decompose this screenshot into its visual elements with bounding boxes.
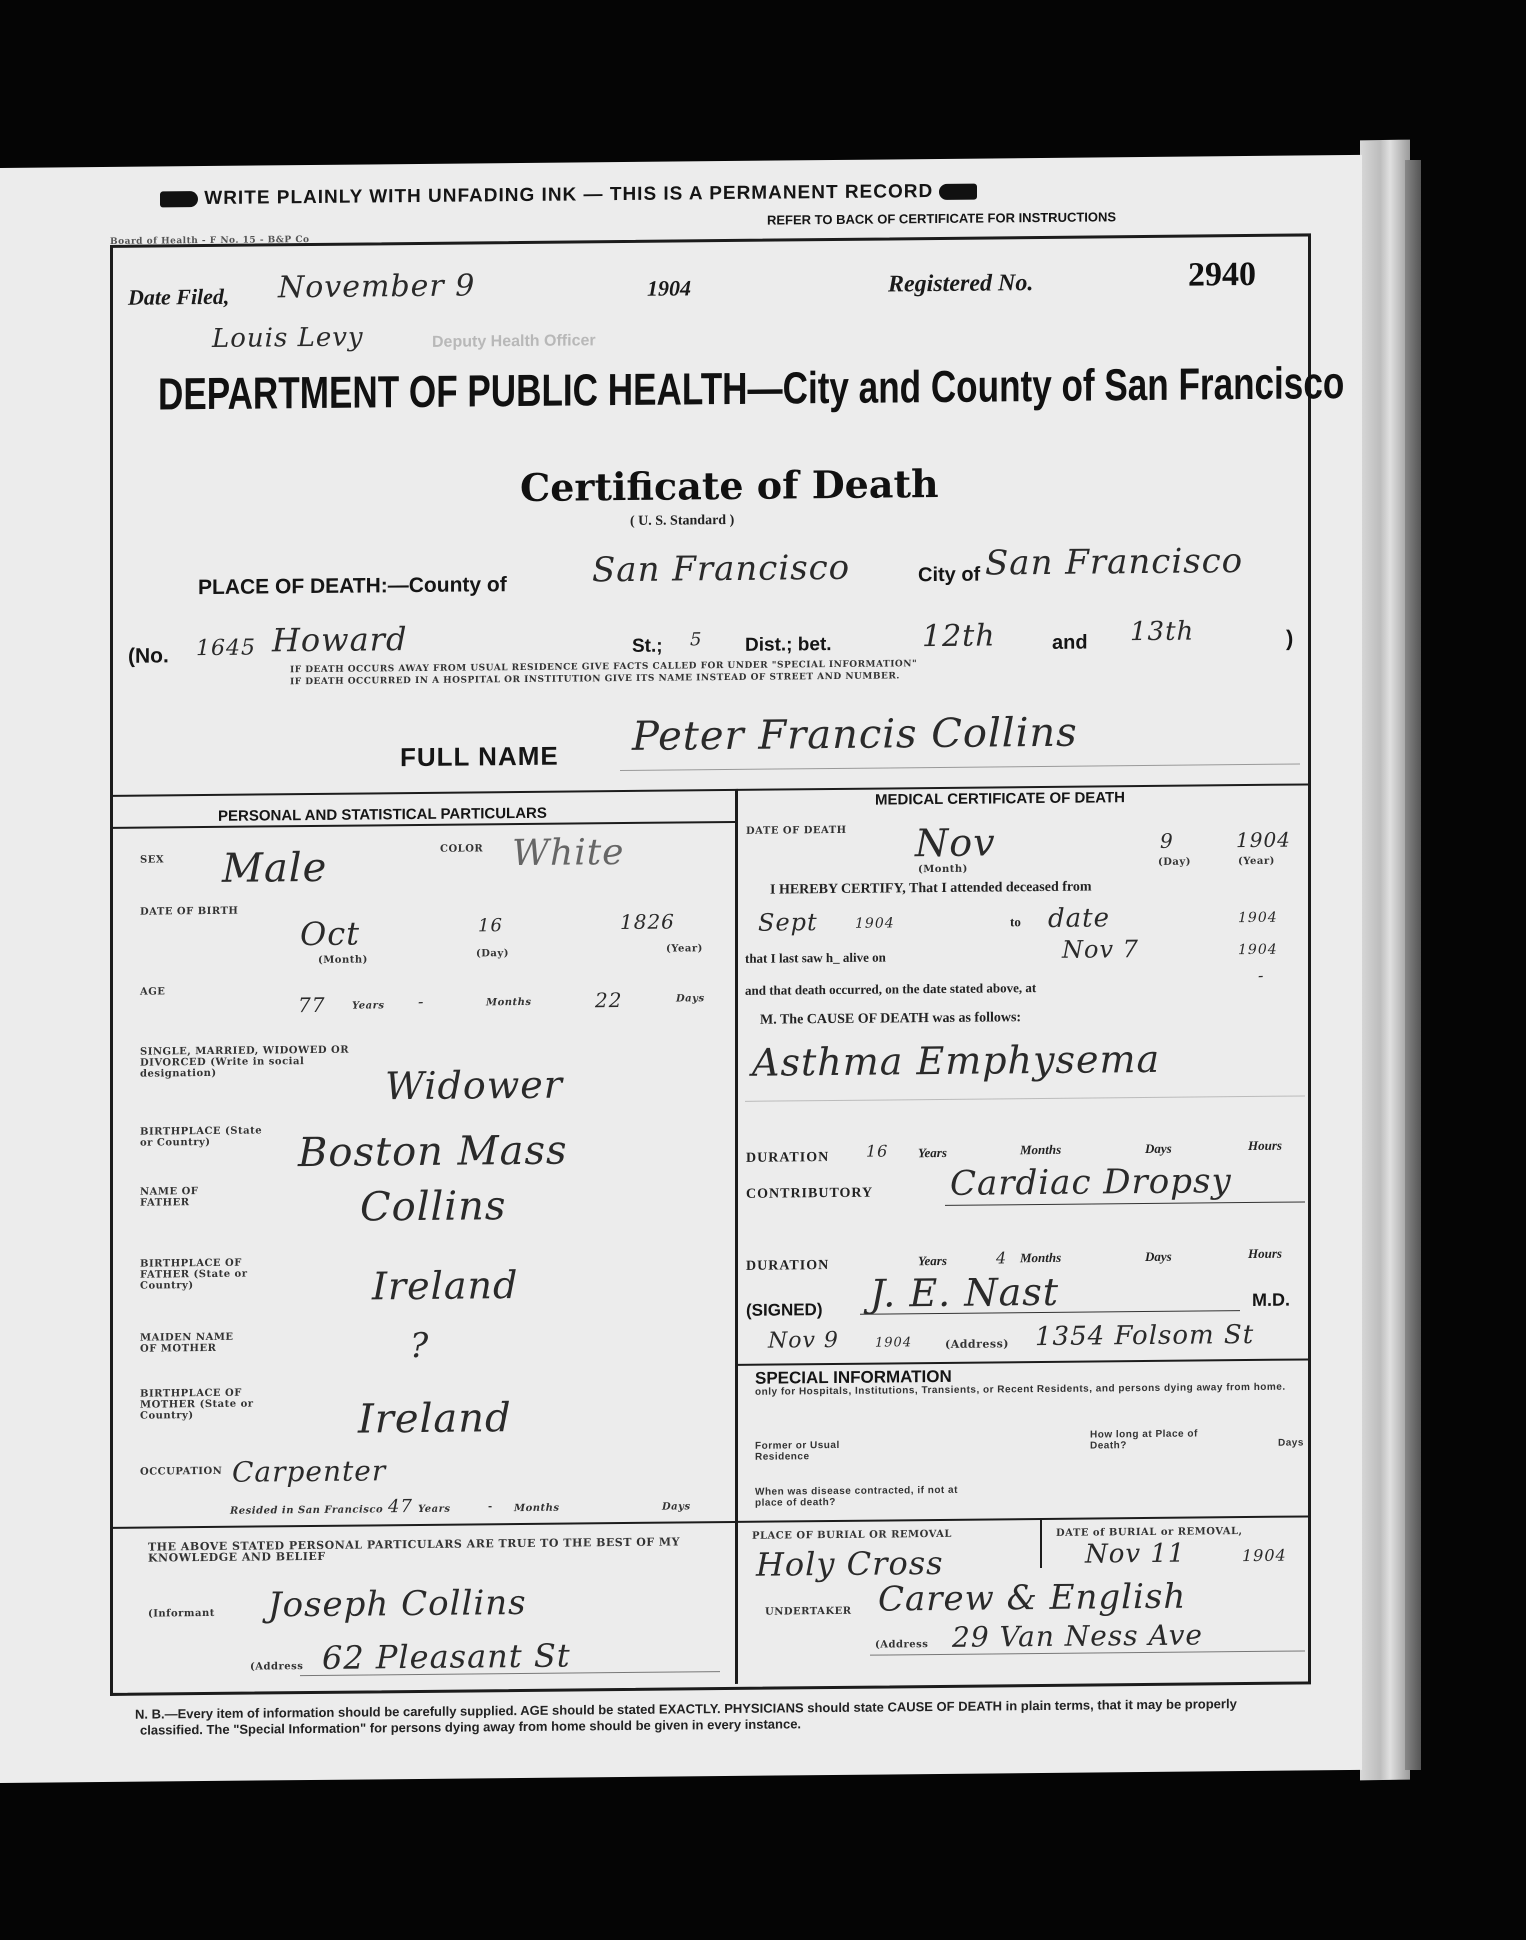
duration2-years-label: Years	[918, 1253, 947, 1269]
father-name-label: NAME OF FATHER	[140, 1186, 220, 1209]
birthplace-label: BIRTHPLACE (State or Country)	[140, 1125, 270, 1148]
sex-value: Male	[222, 845, 327, 892]
resided-months-label: Months	[514, 1503, 560, 1514]
death-month: Nov	[915, 820, 996, 865]
date-filed-year: 1904	[647, 275, 691, 301]
instructions-reference: REFER TO BACK OF CERTIFICATE FOR INSTRUC…	[767, 209, 1116, 227]
dob-day: 16	[478, 915, 503, 936]
death-occurred-text: and that death occurred, on the date sta…	[745, 980, 1036, 999]
duration2-hours-label: Hours	[1248, 1246, 1282, 1262]
street-label: St.;	[632, 636, 663, 658]
contributory-value: Cardiac Dropsy	[950, 1161, 1232, 1204]
banner: WRITE PLAINLY WITH UNFADING INK — THIS I…	[160, 181, 977, 211]
attended-to: date	[1048, 903, 1110, 934]
death-day: 9	[1160, 829, 1174, 853]
banner-text: WRITE PLAINLY WITH UNFADING INK — THIS I…	[204, 181, 933, 209]
dob-day-label: (Day)	[476, 948, 509, 959]
medical-heading: MEDICAL CERTIFICATE OF DEATH	[875, 789, 1125, 808]
cause-value: Asthma Emphysema	[752, 1037, 1160, 1085]
burial-place-value: Holy Cross	[756, 1544, 944, 1584]
color-value: White	[512, 832, 624, 874]
dob-label: DATE OF BIRTH	[140, 906, 238, 918]
undertaker-address-label: (Address	[875, 1639, 928, 1651]
last-saw-text: that I last saw h_ alive on	[745, 949, 886, 966]
dob-year: 1826	[620, 910, 675, 935]
father-name-value: Collins	[360, 1183, 506, 1230]
informant-name: Joseph Collins	[268, 1583, 527, 1625]
disease-contracted-label: When was disease contracted, if not at p…	[755, 1485, 975, 1509]
sex-label: SEX	[140, 854, 164, 865]
age-years: 77	[298, 993, 325, 1017]
duration-label: DURATION	[746, 1150, 829, 1167]
death-time: -	[1258, 966, 1264, 985]
age-months: -	[418, 992, 424, 1011]
dob-year-label: (Year)	[666, 943, 703, 954]
signed-year: 1904	[875, 1335, 912, 1350]
how-long-days-label: Days	[1278, 1437, 1304, 1448]
county-value: San Francisco	[592, 548, 850, 590]
duration2-months: 4	[996, 1248, 1007, 1267]
attended-from: Sept	[758, 908, 818, 937]
attended-from-year: 1904	[855, 915, 895, 931]
certify-text: I HEREBY CERTIFY, That I attended deceas…	[770, 880, 1092, 899]
to-label: to	[1010, 914, 1021, 930]
duration2-months-label: Months	[1020, 1250, 1061, 1266]
duration-days-label: Days	[1145, 1141, 1172, 1157]
street-name: Howard	[272, 620, 407, 659]
book-binding-shadow	[1405, 160, 1421, 1770]
certificate-title: Certificate of Death	[520, 461, 939, 510]
registered-number: 2940	[1188, 256, 1256, 295]
mother-birthplace-label: BIRTHPLACE OF MOTHER (State or Country)	[140, 1388, 260, 1422]
signed-address: 1354 Folsom St	[1035, 1320, 1254, 1352]
resided-years: 47	[388, 1496, 413, 1517]
death-certificate: WRITE PLAINLY WITH UNFADING INK — THIS I…	[0, 155, 1362, 1783]
attended-to-year: 1904	[1238, 910, 1278, 926]
close-paren: )	[1286, 626, 1293, 652]
pointing-hand-icon	[939, 184, 977, 200]
death-day-label: (Day)	[1158, 857, 1191, 868]
death-date-label: DATE OF DEATH	[746, 825, 847, 837]
registered-label: Registered No.	[888, 270, 1033, 298]
signed-address-label: (Address)	[945, 1338, 1009, 1350]
undertaker-value: Carew & English	[878, 1577, 1186, 1620]
informant-label: (Informant	[148, 1608, 215, 1620]
last-saw-year: 1904	[1238, 942, 1278, 958]
standard-label: ( U. S. Standard )	[630, 513, 734, 530]
occupation-label: OCCUPATION	[140, 1466, 222, 1478]
former-residence-label: Former or Usual Residence	[755, 1440, 845, 1463]
age-label: AGE	[140, 986, 165, 997]
ward-value: 5	[690, 629, 702, 650]
date-filed-value: November 9	[278, 268, 475, 305]
signed-label: (SIGNED)	[746, 1300, 823, 1321]
mother-maiden-value: ?	[410, 1326, 429, 1366]
marital-value: Widower	[385, 1063, 563, 1109]
resided-label: Resided in San Francisco	[230, 1504, 383, 1516]
contributory-label: CONTRIBUTORY	[746, 1186, 873, 1203]
occupation-value: Carpenter	[232, 1454, 386, 1488]
birthplace-value: Boston Mass	[298, 1128, 568, 1177]
duration2-label: DURATION	[746, 1258, 829, 1275]
pointing-hand-icon	[160, 191, 198, 207]
dob-month-label: (Month)	[318, 954, 368, 965]
city-value: San Francisco	[985, 541, 1243, 583]
death-month-label: (Month)	[918, 864, 968, 875]
age-days-label: Days	[676, 993, 705, 1004]
father-birthplace-label: BIRTHPLACE OF FATHER (State or Country)	[140, 1258, 260, 1292]
duration-hours-label: Hours	[1248, 1138, 1282, 1154]
and-label: and	[1052, 632, 1088, 655]
between-street-1: 12th	[922, 618, 996, 654]
md-label: M.D.	[1252, 1290, 1290, 1311]
district-label: Dist.; bet.	[745, 634, 832, 657]
informant-address-label: (Address	[250, 1661, 303, 1673]
how-long-label: How long at Place of Death?	[1090, 1428, 1210, 1451]
resided-months: -	[488, 1501, 493, 1512]
duration-value: 16	[866, 1141, 888, 1160]
number-label: (No.	[128, 644, 169, 668]
footer-note: N. B.—Every item of information should b…	[140, 1696, 1250, 1739]
marital-label: SINGLE, MARRIED, WIDOWED OR DIVORCED (Wr…	[140, 1044, 370, 1079]
signed-name: J. E. Nast	[870, 1270, 1059, 1316]
undertaker-address: 29 Van Ness Ave	[952, 1618, 1203, 1653]
city-label: City of	[918, 564, 980, 588]
cause-text: M. The CAUSE OF DEATH was as follows:	[760, 1010, 1021, 1029]
deputy-title: Deputy Health Officer	[432, 332, 596, 352]
book-page-edge	[1360, 140, 1410, 1781]
full-name-label: FULL NAME	[400, 741, 559, 774]
street-number: 1645	[196, 636, 256, 662]
resided-years-label: Years	[418, 1504, 451, 1515]
death-year-label: (Year)	[1238, 856, 1275, 867]
personal-heading: PERSONAL AND STATISTICAL PARTICULARS	[218, 805, 547, 825]
age-days: 22	[595, 988, 622, 1012]
duration-years-label: Years	[918, 1145, 947, 1161]
color-label: COLOR	[440, 843, 483, 854]
informant-address: 62 Pleasant St	[322, 1637, 571, 1677]
duration2-days-label: Days	[1145, 1249, 1172, 1265]
between-street-2: 13th	[1130, 617, 1194, 648]
undertaker-label: UNDERTAKER	[765, 1606, 852, 1618]
resided-days-label: Days	[662, 1501, 691, 1512]
dob-month: Oct	[300, 915, 360, 954]
burial-date-value: Nov 11	[1085, 1539, 1185, 1570]
signed-date: Nov 9	[768, 1328, 839, 1354]
father-birthplace-value: Ireland	[372, 1263, 518, 1308]
burial-year-value: 1904	[1242, 1546, 1287, 1565]
place-of-death-label: PLACE OF DEATH:—County of	[198, 573, 507, 600]
mother-birthplace-value: Ireland	[358, 1395, 512, 1442]
death-year: 1904	[1236, 828, 1291, 853]
mother-maiden-label: MAIDEN NAME OF MOTHER	[140, 1332, 250, 1355]
last-saw-date: Nov 7	[1062, 935, 1139, 964]
deputy-signature: Louis Levy	[212, 323, 364, 354]
full-name-value: Peter Francis Collins	[632, 710, 1078, 760]
duration-months-label: Months	[1020, 1142, 1061, 1158]
age-years-label: Years	[352, 1000, 385, 1011]
age-months-label: Months	[486, 997, 532, 1008]
date-filed-label: Date Filed,	[128, 284, 229, 311]
